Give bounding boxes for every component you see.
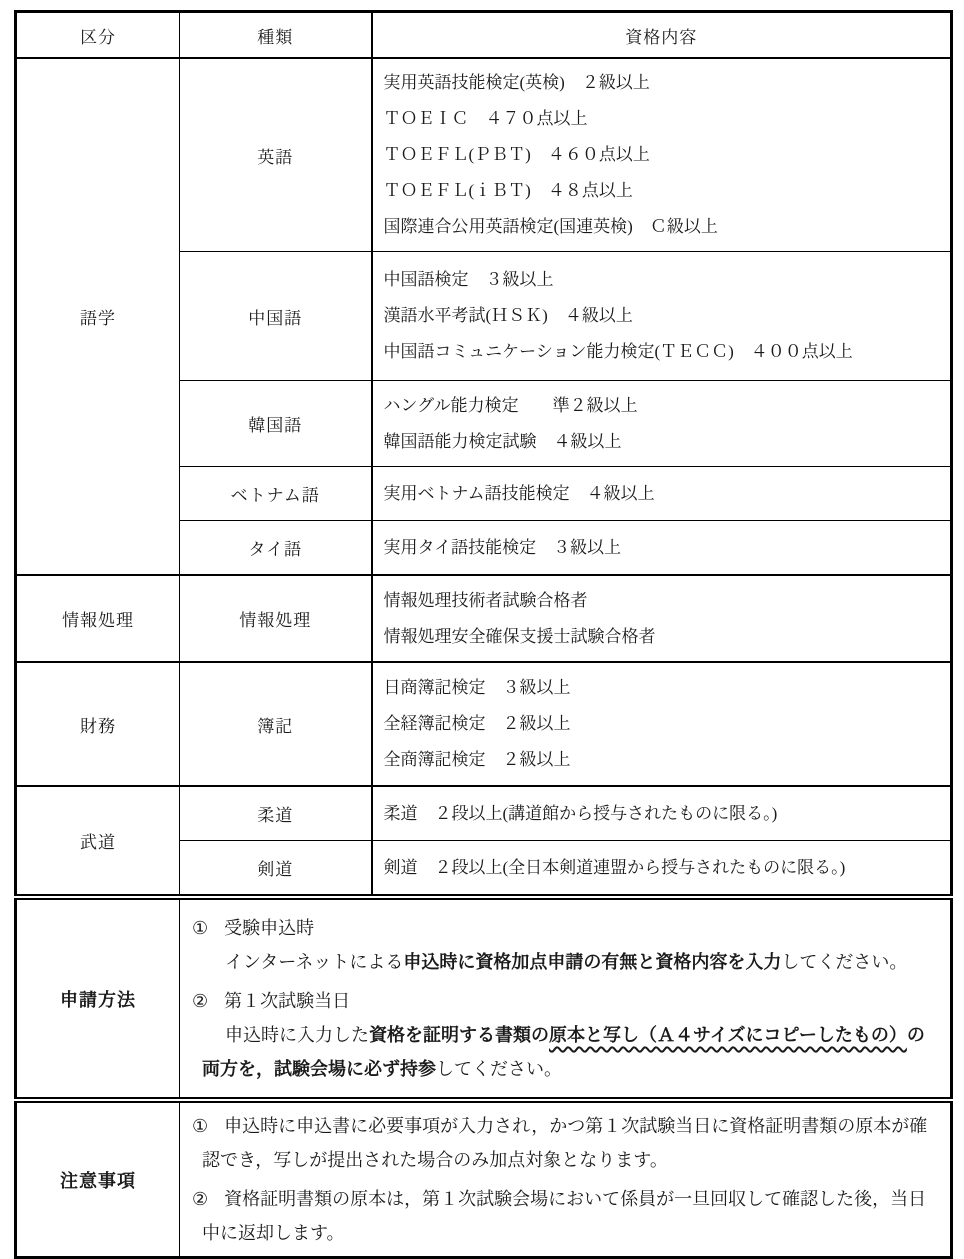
category-cell-finance: 財務 — [16, 662, 180, 786]
emphasized-wavy-underline-text: 原本と写し（Ａ４サイズにコピーしたもの） — [549, 1025, 907, 1045]
type-cell-judo: 柔道 — [180, 786, 372, 841]
row-english: 語学 英語 実用英語技能検定(英検) ２級以上 ＴＯＥＩＣ ４７０点以上 ＴＯＥ… — [16, 58, 952, 252]
notes-item-2: ②資格証明書類の原本は，第１次試験会場において係員が一旦回収して確認した後，当日… — [192, 1182, 940, 1250]
emphasized-text: 申込時に資格加点申請の有無と資格内容を入力 — [403, 952, 781, 972]
qualification-line: 実用英語技能検定(英検) ２級以上 — [384, 65, 945, 101]
row-it: 情報処理 情報処理 情報処理技術者試験合格者 情報処理安全確保支援士試験合格者 — [16, 575, 952, 662]
qualification-line: 漢語水平考試(ＨＳＫ) ４級以上 — [384, 298, 945, 334]
emphasized-text: 資格を証明する書類の — [369, 1025, 549, 1045]
header-type: 種類 — [180, 12, 372, 59]
content-cell-vietnamese: 実用ベトナム語技能検定 ４級以上 — [372, 467, 952, 521]
content-cell-it: 情報処理技術者試験合格者 情報処理安全確保支援士試験合格者 — [372, 575, 952, 662]
content-cell-judo: 柔道 ２段以上(講道館から授与されたものに限る。) — [372, 786, 952, 841]
type-cell-chinese: 中国語 — [180, 252, 372, 381]
content-cell-english: 実用英語技能検定(英検) ２級以上 ＴＯＥＩＣ ４７０点以上 ＴＯＥＦＬ(ＰＢＴ… — [372, 58, 952, 252]
row-application-method: 申請方法 ①受験申込時 インターネットによる申込時に資格加点申請の有無と資格内容… — [16, 897, 952, 1100]
row-judo: 武道 柔道 柔道 ２段以上(講道館から授与されたものに限る。) — [16, 786, 952, 841]
item-title: 受験申込時 — [224, 918, 314, 938]
application-method-label: 申請方法 — [16, 897, 180, 1100]
qualification-line: 中国語検定 ３級以上 — [384, 262, 945, 298]
text-segment: してください。 — [781, 952, 907, 972]
header-category: 区分 — [16, 12, 180, 59]
qualification-line: 情報処理安全確保支援士試験合格者 — [384, 619, 945, 655]
content-cell-kendo: 剣道 ２段以上(全日本剣道連盟から授与されたものに限る。) — [372, 841, 952, 898]
item-number: ① — [192, 1116, 208, 1136]
notes-content: ①申込時に申込書に必要事項が入力され，かつ第１次試験当日に資格証明書類の原本が確… — [180, 1100, 952, 1258]
qualification-line: 剣道 ２段以上(全日本剣道連盟から授与されたものに限る。) — [384, 850, 945, 886]
row-bookkeeping: 財務 簿記 日商簿記検定 ３級以上 全経簿記検定 ２級以上 全商簿記検定 ２級以… — [16, 662, 952, 786]
qualification-line: ＴＯＥＦＬ(ＰＢＴ) ４６０点以上 — [384, 137, 945, 173]
qualification-line: 情報処理技術者試験合格者 — [384, 583, 945, 619]
category-cell-language: 語学 — [16, 58, 180, 575]
type-cell-kendo: 剣道 — [180, 841, 372, 898]
type-cell-english: 英語 — [180, 58, 372, 252]
content-cell-korean: ハングル能力検定 準２級以上 韓国語能力検定試験 ４級以上 — [372, 381, 952, 467]
qualification-line: 中国語コミュニケーション能力検定(ＴＥＣＣ) ４００点以上 — [384, 334, 945, 370]
content-cell-bookkeeping: 日商簿記検定 ３級以上 全経簿記検定 ２級以上 全商簿記検定 ２級以上 — [372, 662, 952, 786]
document-page: 区分 種類 資格内容 語学 英語 実用英語技能検定(英検) ２級以上 ＴＯＥＩＣ… — [0, 0, 964, 1238]
notes-label: 注意事項 — [16, 1100, 180, 1258]
qualification-line: 韓国語能力検定試験 ４級以上 — [384, 424, 945, 460]
category-cell-budo: 武道 — [16, 786, 180, 897]
item-title: 第１次試験当日 — [224, 991, 350, 1011]
note-text: 資格証明書類の原本は，第１次試験会場において係員が一旦回収して確認した後，当日中… — [202, 1189, 926, 1243]
qualification-line: 全経簿記検定 ２級以上 — [384, 706, 945, 742]
qualification-line: 国際連合公用英語検定(国連英検) Ｃ級以上 — [384, 209, 945, 245]
application-item-1: ①受験申込時 インターネットによる申込時に資格加点申請の有無と資格内容を入力して… — [192, 911, 940, 979]
notes-item-1: ①申込時に申込書に必要事項が入力され，かつ第１次試験当日に資格証明書類の原本が確… — [192, 1109, 940, 1177]
content-cell-thai: 実用タイ語技能検定 ３級以上 — [372, 521, 952, 576]
note-text: 申込時に申込書に必要事項が入力され，かつ第１次試験当日に資格証明書類の原本が確認… — [202, 1116, 927, 1170]
qualification-line: 日商簿記検定 ３級以上 — [384, 670, 945, 706]
qualification-line: ハングル能力検定 準２級以上 — [384, 388, 945, 424]
type-cell-it: 情報処理 — [180, 575, 372, 662]
header-content: 資格内容 — [372, 12, 952, 59]
text-segment: インターネットによる — [225, 952, 403, 972]
row-notes: 注意事項 ①申込時に申込書に必要事項が入力され，かつ第１次試験当日に資格証明書類… — [16, 1100, 952, 1258]
item-number: ① — [192, 918, 208, 938]
type-cell-bookkeeping: 簿記 — [180, 662, 372, 786]
qualification-line: 実用タイ語技能検定 ３級以上 — [384, 530, 945, 566]
table-header-row: 区分 種類 資格内容 — [16, 12, 952, 59]
application-item-2: ②第１次試験当日 申込時に入力した資格を証明する書類の原本と写し（Ａ４サイズにコ… — [192, 984, 940, 1086]
type-cell-vietnamese: ベトナム語 — [180, 467, 372, 521]
qualification-line: ＴＯＥＩＣ ４７０点以上 — [384, 101, 945, 137]
content-cell-chinese: 中国語検定 ３級以上 漢語水平考試(ＨＳＫ) ４級以上 中国語コミュニケーション… — [372, 252, 952, 381]
type-cell-thai: タイ語 — [180, 521, 372, 576]
item-number: ② — [192, 1189, 208, 1209]
application-method-content: ①受験申込時 インターネットによる申込時に資格加点申請の有無と資格内容を入力して… — [180, 897, 952, 1100]
qualification-table: 区分 種類 資格内容 語学 英語 実用英語技能検定(英検) ２級以上 ＴＯＥＩＣ… — [14, 10, 953, 1259]
qualification-line: 実用ベトナム語技能検定 ４級以上 — [384, 476, 945, 512]
text-segment: 申込時に入力した — [225, 1025, 369, 1045]
type-cell-korean: 韓国語 — [180, 381, 372, 467]
text-segment: してください。 — [436, 1059, 562, 1079]
qualification-line: ＴＯＥＦＬ(ｉＢＴ) ４８点以上 — [384, 173, 945, 209]
qualification-line: 柔道 ２段以上(講道館から授与されたものに限る。) — [384, 796, 945, 832]
qualification-line: 全商簿記検定 ２級以上 — [384, 742, 945, 778]
item-number: ② — [192, 991, 208, 1011]
category-cell-it: 情報処理 — [16, 575, 180, 662]
